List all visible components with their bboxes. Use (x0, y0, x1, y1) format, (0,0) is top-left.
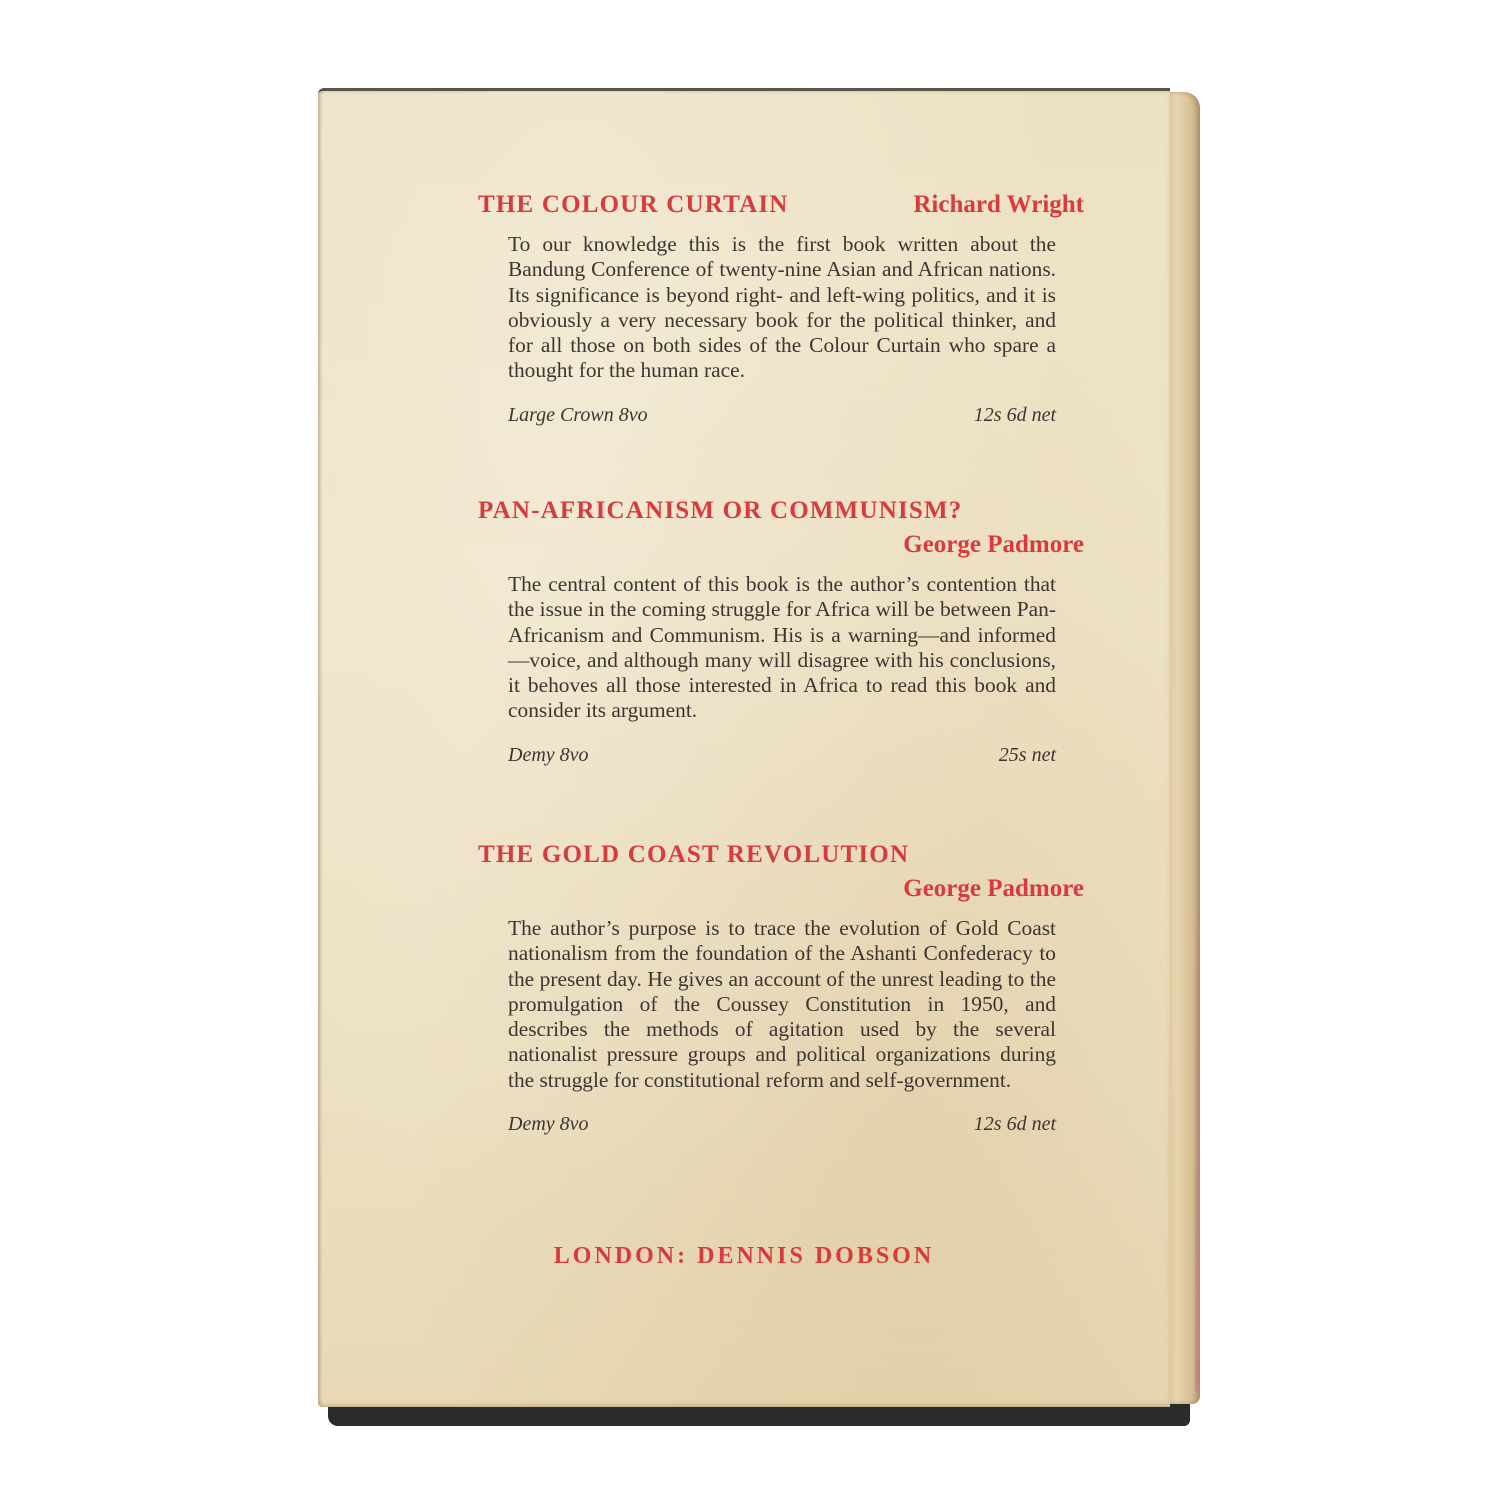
dust-jacket-spine-fold (1166, 92, 1200, 1404)
spine-edge-tint (1195, 892, 1200, 1392)
book-title: THE COLOUR CURTAIN (478, 191, 789, 219)
book-title: PAN-AFRICANISM OR COMMUNISM? (478, 497, 962, 525)
book-price: 12s 6d net (974, 404, 1056, 427)
book-format: Demy 8vo (508, 744, 589, 767)
book-title: THE GOLD COAST REVOLUTION (478, 841, 909, 869)
book-listing-colour-curtain: THE COLOUR CURTAIN Richard Wright To our… (478, 191, 1084, 427)
book-description: The central content of this book is the … (508, 572, 1056, 724)
book-listing-gold-coast-revolution: THE GOLD COAST REVOLUTION George Padmore… (478, 841, 1084, 1136)
book-description: To our knowledge this is the first book … (508, 232, 1056, 384)
publisher-imprint: LONDON: DENNIS DOBSON (318, 1243, 1170, 1270)
book-price: 25s net (999, 744, 1056, 767)
book-author: George Padmore (903, 531, 1084, 558)
book-back-cover: THE COLOUR CURTAIN Richard Wright To our… (318, 88, 1198, 1428)
book-format: Demy 8vo (508, 1113, 589, 1136)
book-author: Richard Wright (913, 191, 1084, 219)
book-listing-pan-africanism: PAN-AFRICANISM OR COMMUNISM? George Padm… (478, 497, 1084, 767)
book-price: 12s 6d net (974, 1113, 1056, 1136)
book-description: The author’s purpose is to trace the evo… (508, 916, 1056, 1093)
book-format: Large Crown 8vo (508, 404, 648, 427)
dust-jacket-back: THE COLOUR CURTAIN Richard Wright To our… (318, 88, 1170, 1407)
book-author: George Padmore (903, 875, 1084, 902)
